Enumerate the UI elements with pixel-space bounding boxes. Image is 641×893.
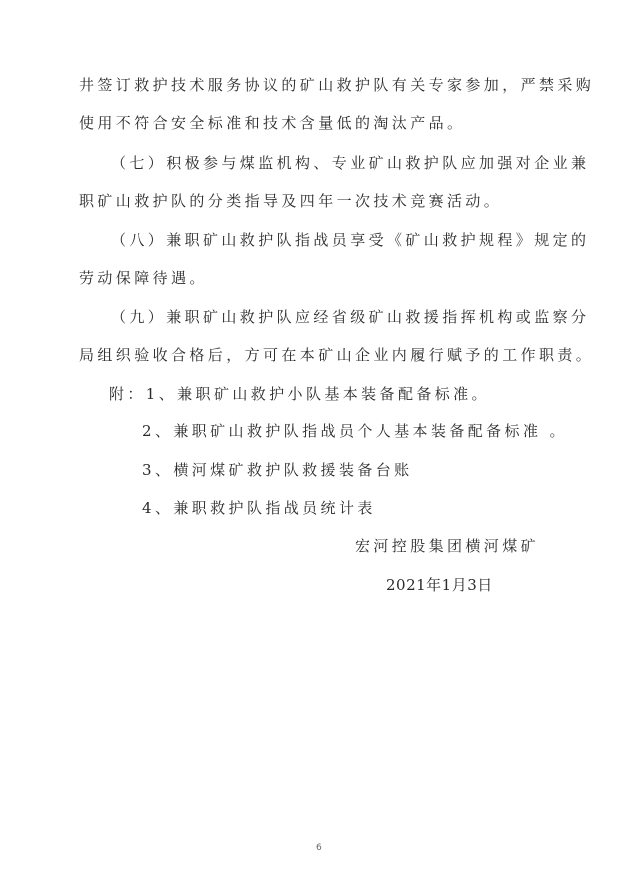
paragraph-line: （七）积极参与煤监机构、专业矿山救护队应加强对企业兼 (111, 153, 589, 173)
attachment-item: 2、兼职矿山救护队指战员个人基本装备配备标准 。 (142, 421, 568, 441)
paragraph-line: 井签订救护技术服务协议的矿山救护队有关专家参加，严禁采购 (79, 75, 594, 95)
paragraph-line: （八）兼职矿山救护队指战员享受《矿山救护规程》规定的 (111, 230, 589, 250)
signature-date: 2021年1月3日 (386, 575, 493, 595)
paragraph-line: 职矿山救护队的分类指导及四年一次技术竞赛活动。 (79, 191, 502, 211)
paragraph-line: （九）兼职矿山救护队应经省级矿山救援指挥机构或监察分 (111, 307, 589, 327)
attachment-item: 4、兼职救护队指战员统计表 (142, 498, 376, 518)
attachment-item: 3、横河煤矿救护队救援装备台账 (142, 460, 413, 480)
paragraph-line: 劳动保障待遇。 (79, 268, 208, 288)
paragraph-line: 使用不符合安全标准和技术含量低的淘汰产品。 (79, 113, 465, 133)
signature-organization: 宏河控股集团横河煤矿 (355, 536, 539, 556)
attachment-item: 附：1、兼职矿山救护小队基本装备配备标准。 (109, 384, 490, 404)
paragraph-line: 局组织验收合格后，方可在本矿山企业内履行赋予的工作职责。 (79, 345, 594, 365)
page-number: 6 (316, 843, 322, 853)
